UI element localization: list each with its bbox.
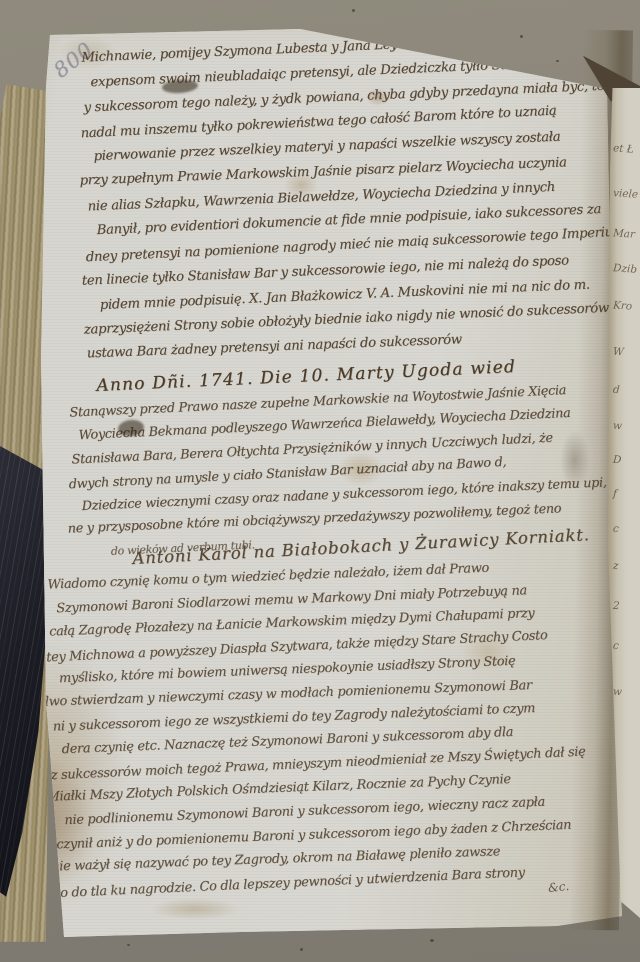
dust-speck (520, 35, 523, 38)
paragraph-1: Michnawie, pomijey Szymona Lubesta y Jan… (72, 24, 640, 369)
dust-speck (430, 939, 434, 942)
manuscript-page: 800 Michnawie, pomijey Szymona Lubesta y… (0, 0, 640, 962)
text-fragment: 2 (613, 600, 621, 612)
text-fragment: et Ł (613, 142, 635, 155)
text-fragment: c (613, 640, 620, 652)
text-fragment: w (613, 420, 623, 433)
text-fragment: Mar (613, 227, 636, 241)
text-fragment: c (613, 523, 620, 535)
dust-speck (300, 948, 303, 951)
text-fragment: Kro (613, 299, 633, 312)
dust-speck (556, 60, 559, 62)
paragraph-3: Wiadomo czynię komu o tym wiedzieć będzi… (38, 553, 590, 904)
text-fragment: D (613, 454, 622, 467)
closing-flourish: &c. (547, 879, 570, 895)
dust-speck (352, 9, 355, 12)
stain-blotch (150, 898, 240, 920)
text-fragment: w (613, 686, 623, 699)
text-fragment: Dzib (613, 262, 638, 276)
photo-background: 800 Michnawie, pomijey Szymona Lubesta y… (0, 0, 640, 962)
text-fragment: d (613, 384, 621, 396)
text-fragment: viele (613, 187, 639, 201)
text-fragment: W (613, 346, 625, 359)
text-fragment: z (613, 560, 619, 572)
dust-speck (127, 944, 130, 946)
text-fragment: f (613, 488, 618, 500)
